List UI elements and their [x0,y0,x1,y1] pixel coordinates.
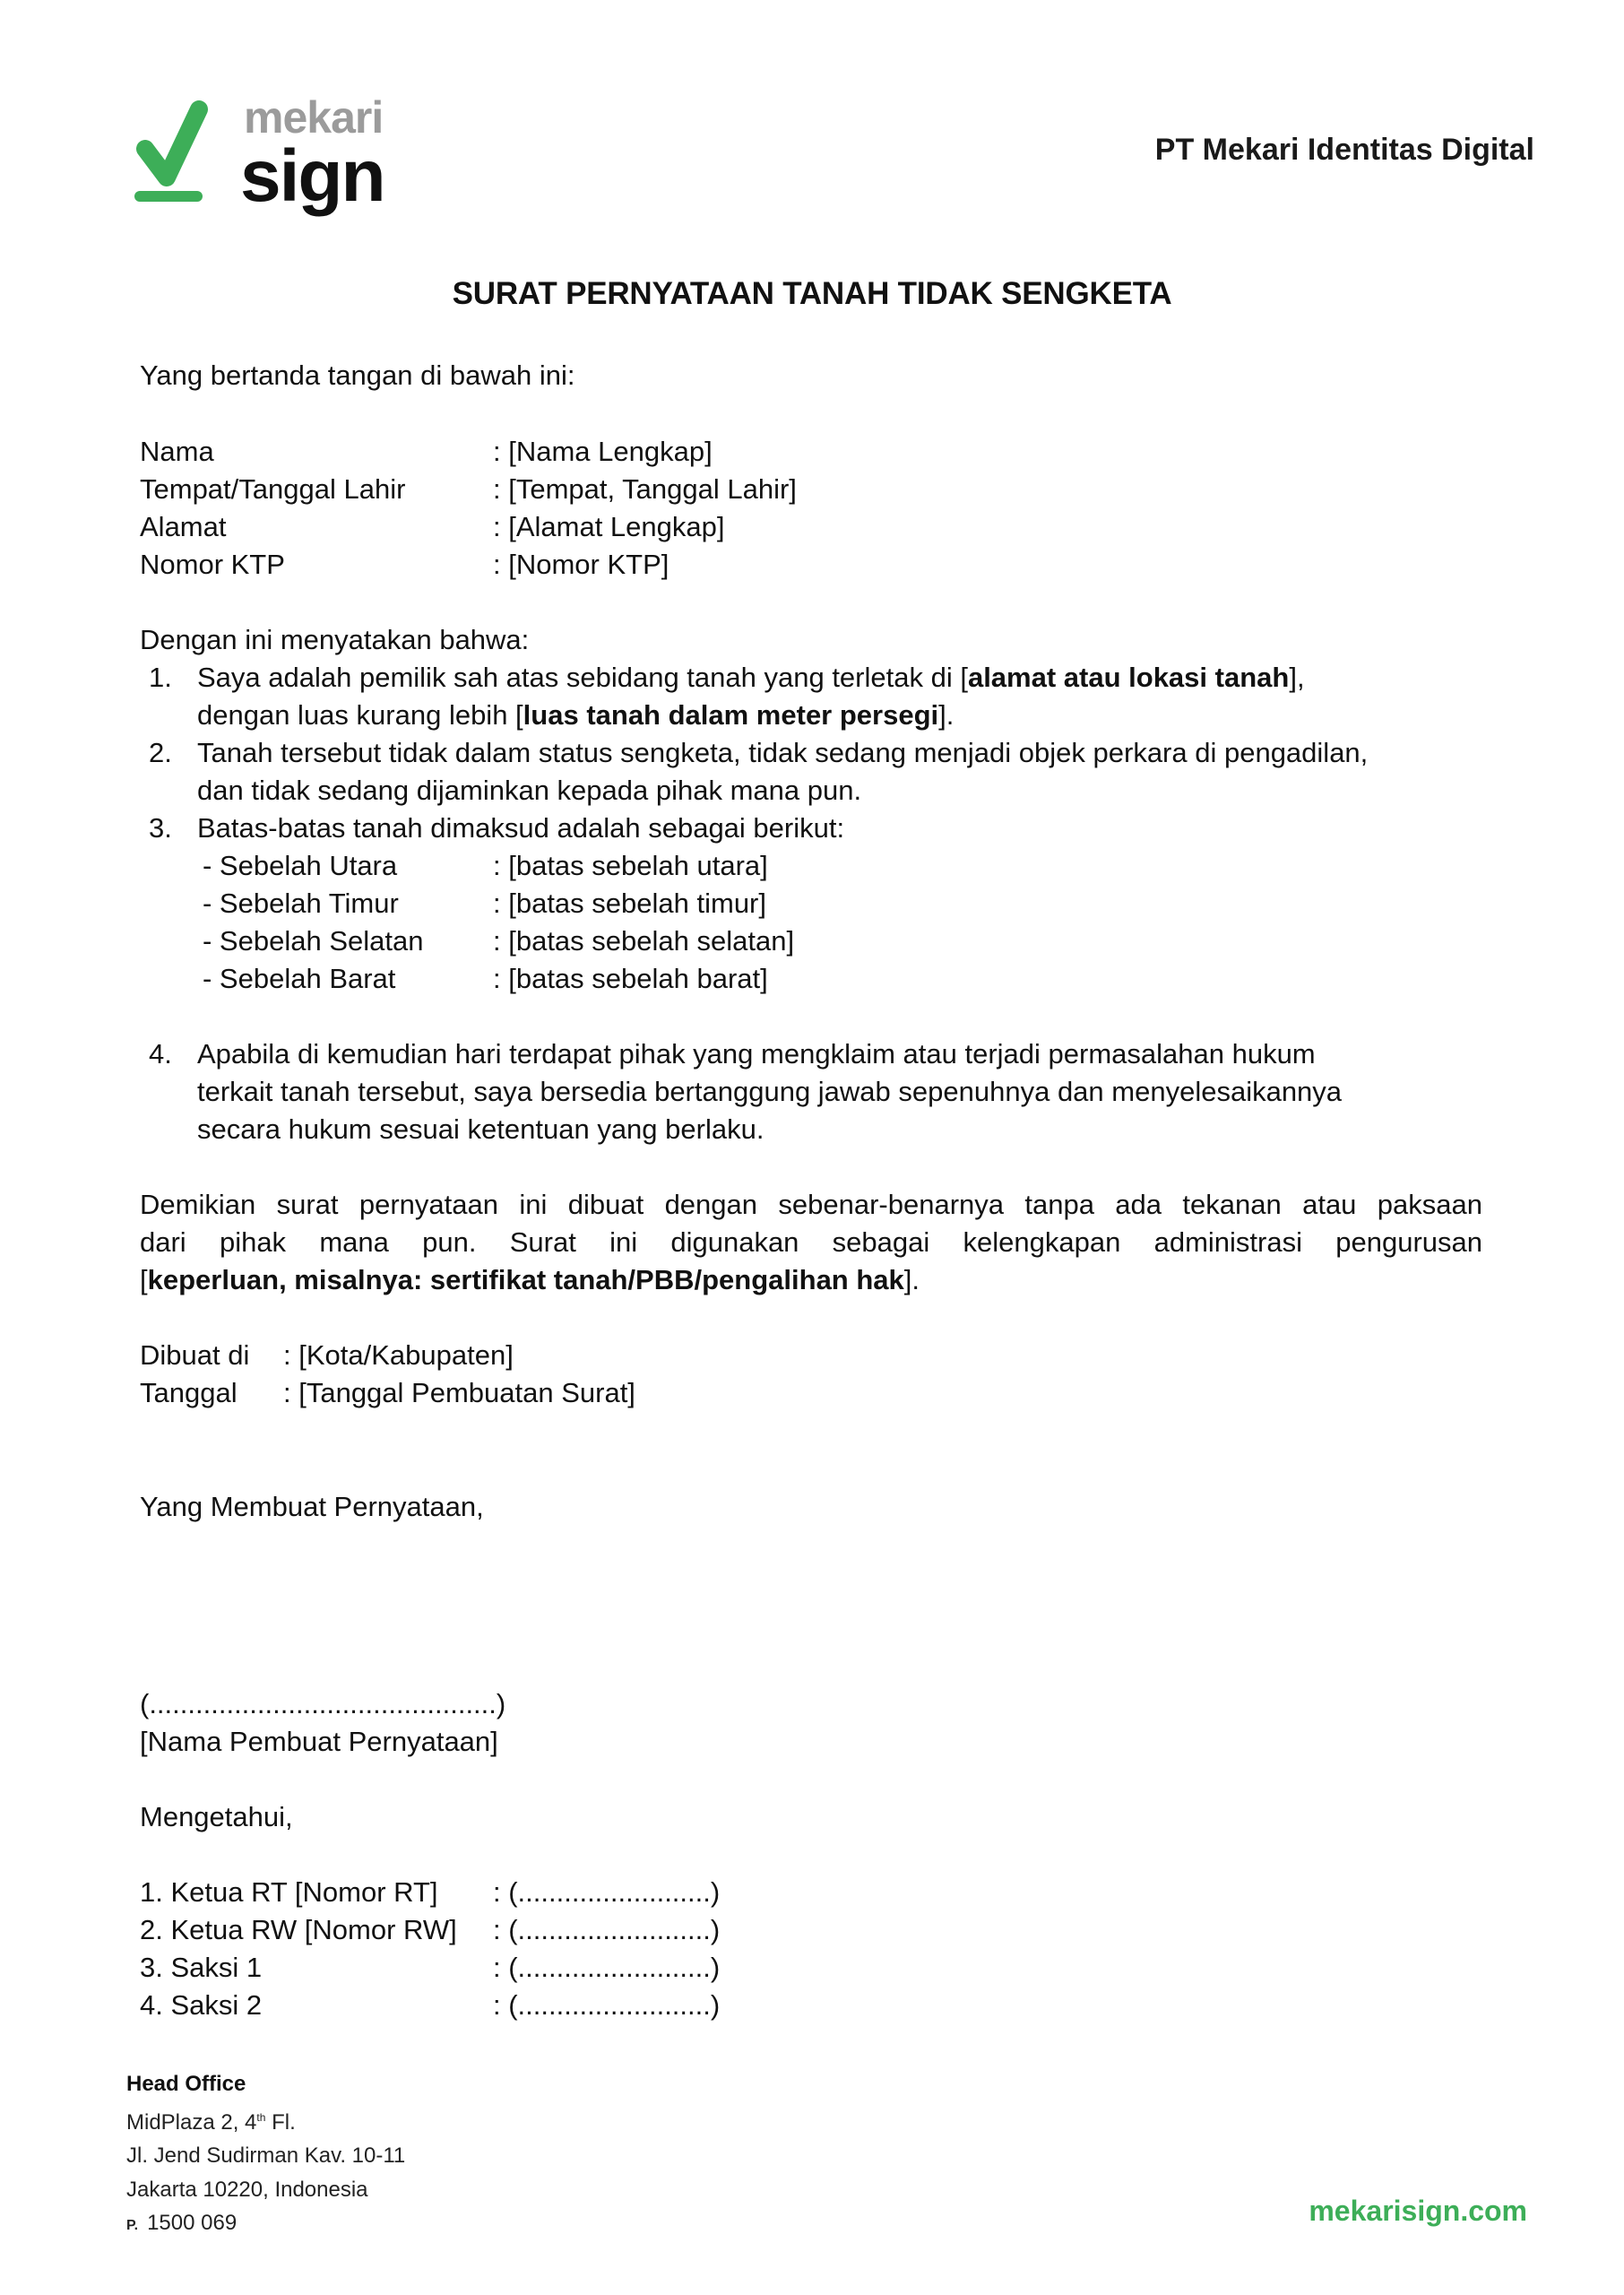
place-label: Dibuat di [140,1337,249,1374]
signature-line: (.......................................… [140,1685,505,1723]
witness-label-saksi-1: 3. Saksi 1 [140,1949,262,1987]
item-number: 3. [149,810,172,847]
item-number: 1. [149,659,172,697]
document-title: SURAT PERNYATAAN TANAH TIDAK SENGKETA [0,278,1624,309]
boundary-label-barat: - Sebelah Barat [203,960,395,998]
boundary-label-selatan: - Sebelah Selatan [203,922,423,960]
phone: P.1500 069 [126,2206,405,2243]
item-number: 4. [149,1035,172,1073]
checkmark-underline-icon [134,100,208,206]
item-1-line-1: Saya adalah pemilik sah atas sebidang ta… [197,659,1305,697]
acknowledged-heading: Mengetahui, [140,1798,293,1836]
website-link[interactable]: mekarisign.com [1309,2196,1527,2225]
field-value-ktp: : [Nomor KTP] [493,546,669,584]
boundary-label-utara: - Sebelah Utara [203,847,397,885]
placeholder-luas-tanah: luas tanah dalam meter persegi [523,699,938,731]
closing-paragraph: Demikian surat pernyataan ini dibuat den… [140,1186,1482,1299]
boundary-label-timur: - Sebelah Timur [203,885,399,922]
address-line-2: Jl. Jend Sudirman Kav. 10-11 [126,2139,405,2173]
signer-name-placeholder: [Nama Pembuat Pernyataan] [140,1723,498,1761]
mekari-sign-logo: mekari sign [134,97,403,231]
item-2-line-2: dan tidak sedang dijaminkan kepada pihak… [197,772,861,810]
logo-word-sign: sign [240,140,384,213]
statement-intro: Dengan ini menyatakan bahwa: [140,621,529,659]
closing-line-3: [keperluan, misalnya: sertifikat tanah/P… [140,1261,1482,1299]
field-value-nama: : [Nama Lengkap] [493,433,713,471]
item-1-line-2: dengan luas kurang lebih [luas tanah dal… [197,697,954,734]
head-office-address: Head Office MidPlaza 2, 4th Fl. Jl. Jend… [126,2067,405,2243]
item-2-line-1: Tanah tersebut tidak dalam status sengke… [197,734,1368,772]
witness-label-rt: 1. Ketua RT [Nomor RT] [140,1874,438,1911]
closing-line-1: Demikian surat pernyataan ini dibuat den… [140,1186,1482,1224]
field-label-alamat: Alamat [140,508,226,546]
placeholder-lokasi-tanah: alamat atau lokasi tanah [968,662,1289,693]
item-4-line-2: terkait tanah tersebut, saya bersedia be… [197,1073,1342,1111]
closing-line-2: dari pihak mana pun. Surat ini digunakan… [140,1224,1482,1261]
field-label-ktp: Nomor KTP [140,546,285,584]
field-value-alamat: : [Alamat Lengkap] [493,508,725,546]
signer-heading: Yang Membuat Pernyataan, [140,1488,484,1526]
item-4-line-1: Apabila di kemudian hari terdapat pihak … [197,1035,1316,1073]
witness-signature-rt: : (.........................) [493,1874,720,1911]
date-value: : [Tanggal Pembuatan Surat] [283,1374,635,1412]
boundary-value-timur: : [batas sebelah timur] [493,885,766,922]
item-number: 2. [149,734,172,772]
field-label-ttl: Tempat/Tanggal Lahir [140,471,405,508]
item-4-line-3: secara hukum sesuai ketentuan yang berla… [197,1111,764,1148]
address-line-3: Jakarta 10220, Indonesia [126,2173,405,2207]
field-value-ttl: : [Tempat, Tanggal Lahir] [493,471,797,508]
boundary-value-selatan: : [batas sebelah selatan] [493,922,794,960]
witness-signature-saksi-1: : (.........................) [493,1949,720,1987]
company-name: PT Mekari Identitas Digital [1155,134,1534,165]
field-label-nama: Nama [140,433,214,471]
date-label: Tanggal [140,1374,238,1412]
witness-signature-saksi-2: : (.........................) [493,1987,720,2024]
head-office-heading: Head Office [126,2067,405,2101]
logo-word-mekari: mekari [244,95,383,140]
phone-label: P. [126,2218,138,2233]
witness-signature-rw: : (.........................) [493,1911,720,1949]
boundary-value-utara: : [batas sebelah utara] [493,847,768,885]
intro-text: Yang bertanda tangan di bawah ini: [140,357,574,394]
address-line-1: MidPlaza 2, 4th Fl. [126,2101,405,2140]
placeholder-keperluan: keperluan, misalnya: sertifikat tanah/PB… [148,1264,904,1295]
item-3-line-1: Batas-batas tanah dimaksud adalah sebaga… [197,810,844,847]
witness-label-rw: 2. Ketua RW [Nomor RW] [140,1911,457,1949]
phone-number: 1500 069 [147,2211,237,2235]
witness-label-saksi-2: 4. Saksi 2 [140,1987,262,2024]
boundary-value-barat: : [batas sebelah barat] [493,960,768,998]
place-value: : [Kota/Kabupaten] [283,1337,514,1374]
